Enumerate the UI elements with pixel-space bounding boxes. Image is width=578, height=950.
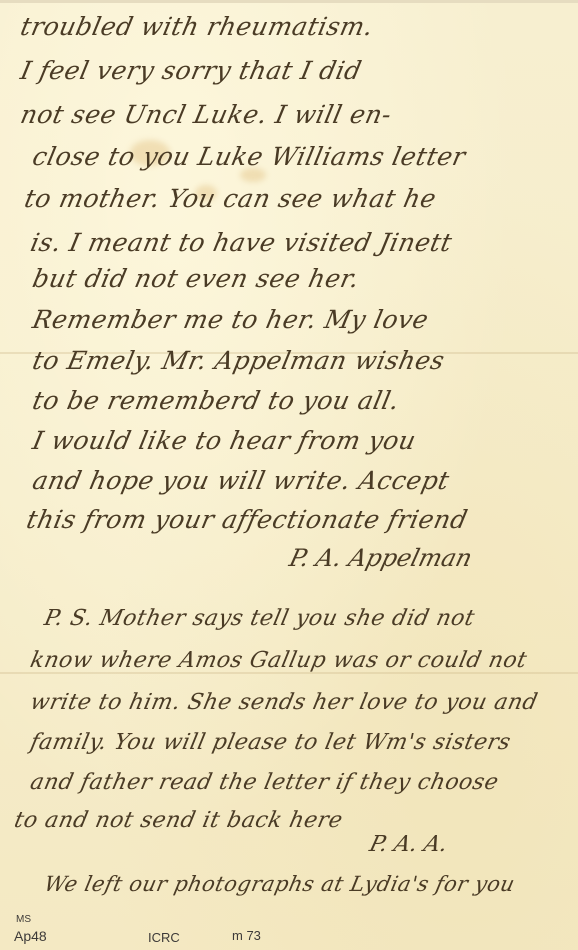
postscript-initials: P. A. A. bbox=[367, 832, 450, 857]
letter-line: not see Uncl Luke. I will en- bbox=[18, 100, 394, 129]
letter-line: to Emely. Mr. Appelman wishes bbox=[30, 346, 447, 375]
collection-mark: ICRC bbox=[148, 930, 180, 945]
call-number: Ap48 bbox=[14, 928, 47, 944]
letter-line: I would like to hear from you bbox=[30, 426, 419, 455]
letter-line: I feel very sorry that I did bbox=[18, 56, 364, 85]
letter-page: troubled with rheumatism. I feel very so… bbox=[0, 0, 578, 950]
letter-line: to mother. You can see what he bbox=[22, 184, 439, 213]
letter-line: close to you Luke Williams letter bbox=[30, 142, 468, 171]
letter-line: troubled with rheumatism. bbox=[18, 12, 376, 41]
postscript-line: family. You will please to let Wm's sist… bbox=[28, 730, 513, 755]
letter-line: and hope you will write. Accept bbox=[30, 466, 452, 495]
postscript-line: write to him. She sends her love to you … bbox=[28, 690, 540, 715]
letter-line: this from your affectionate friend bbox=[24, 505, 470, 534]
postscript-line: and father read the letter if they choos… bbox=[28, 770, 501, 795]
letter-line: Remember me to her. My love bbox=[30, 305, 431, 334]
letter-line: to be rememberd to you all. bbox=[30, 386, 402, 415]
letter-line: but did not even see her. bbox=[30, 264, 362, 293]
closing-note: We left our photographs at Lydia's for y… bbox=[42, 872, 517, 896]
postscript-line: to and not send it back here bbox=[12, 808, 345, 833]
ms-label: MS bbox=[16, 914, 31, 925]
signature: P. A. Appelman bbox=[287, 544, 476, 572]
item-number: m 73 bbox=[232, 928, 261, 943]
postscript-line: P. S. Mother says tell you she did not bbox=[42, 606, 477, 631]
postscript-line: know where Amos Gallup was or could not bbox=[28, 648, 529, 673]
paper-top-edge bbox=[0, 0, 578, 3]
letter-line: is. I meant to have visited Jinett bbox=[28, 228, 455, 257]
